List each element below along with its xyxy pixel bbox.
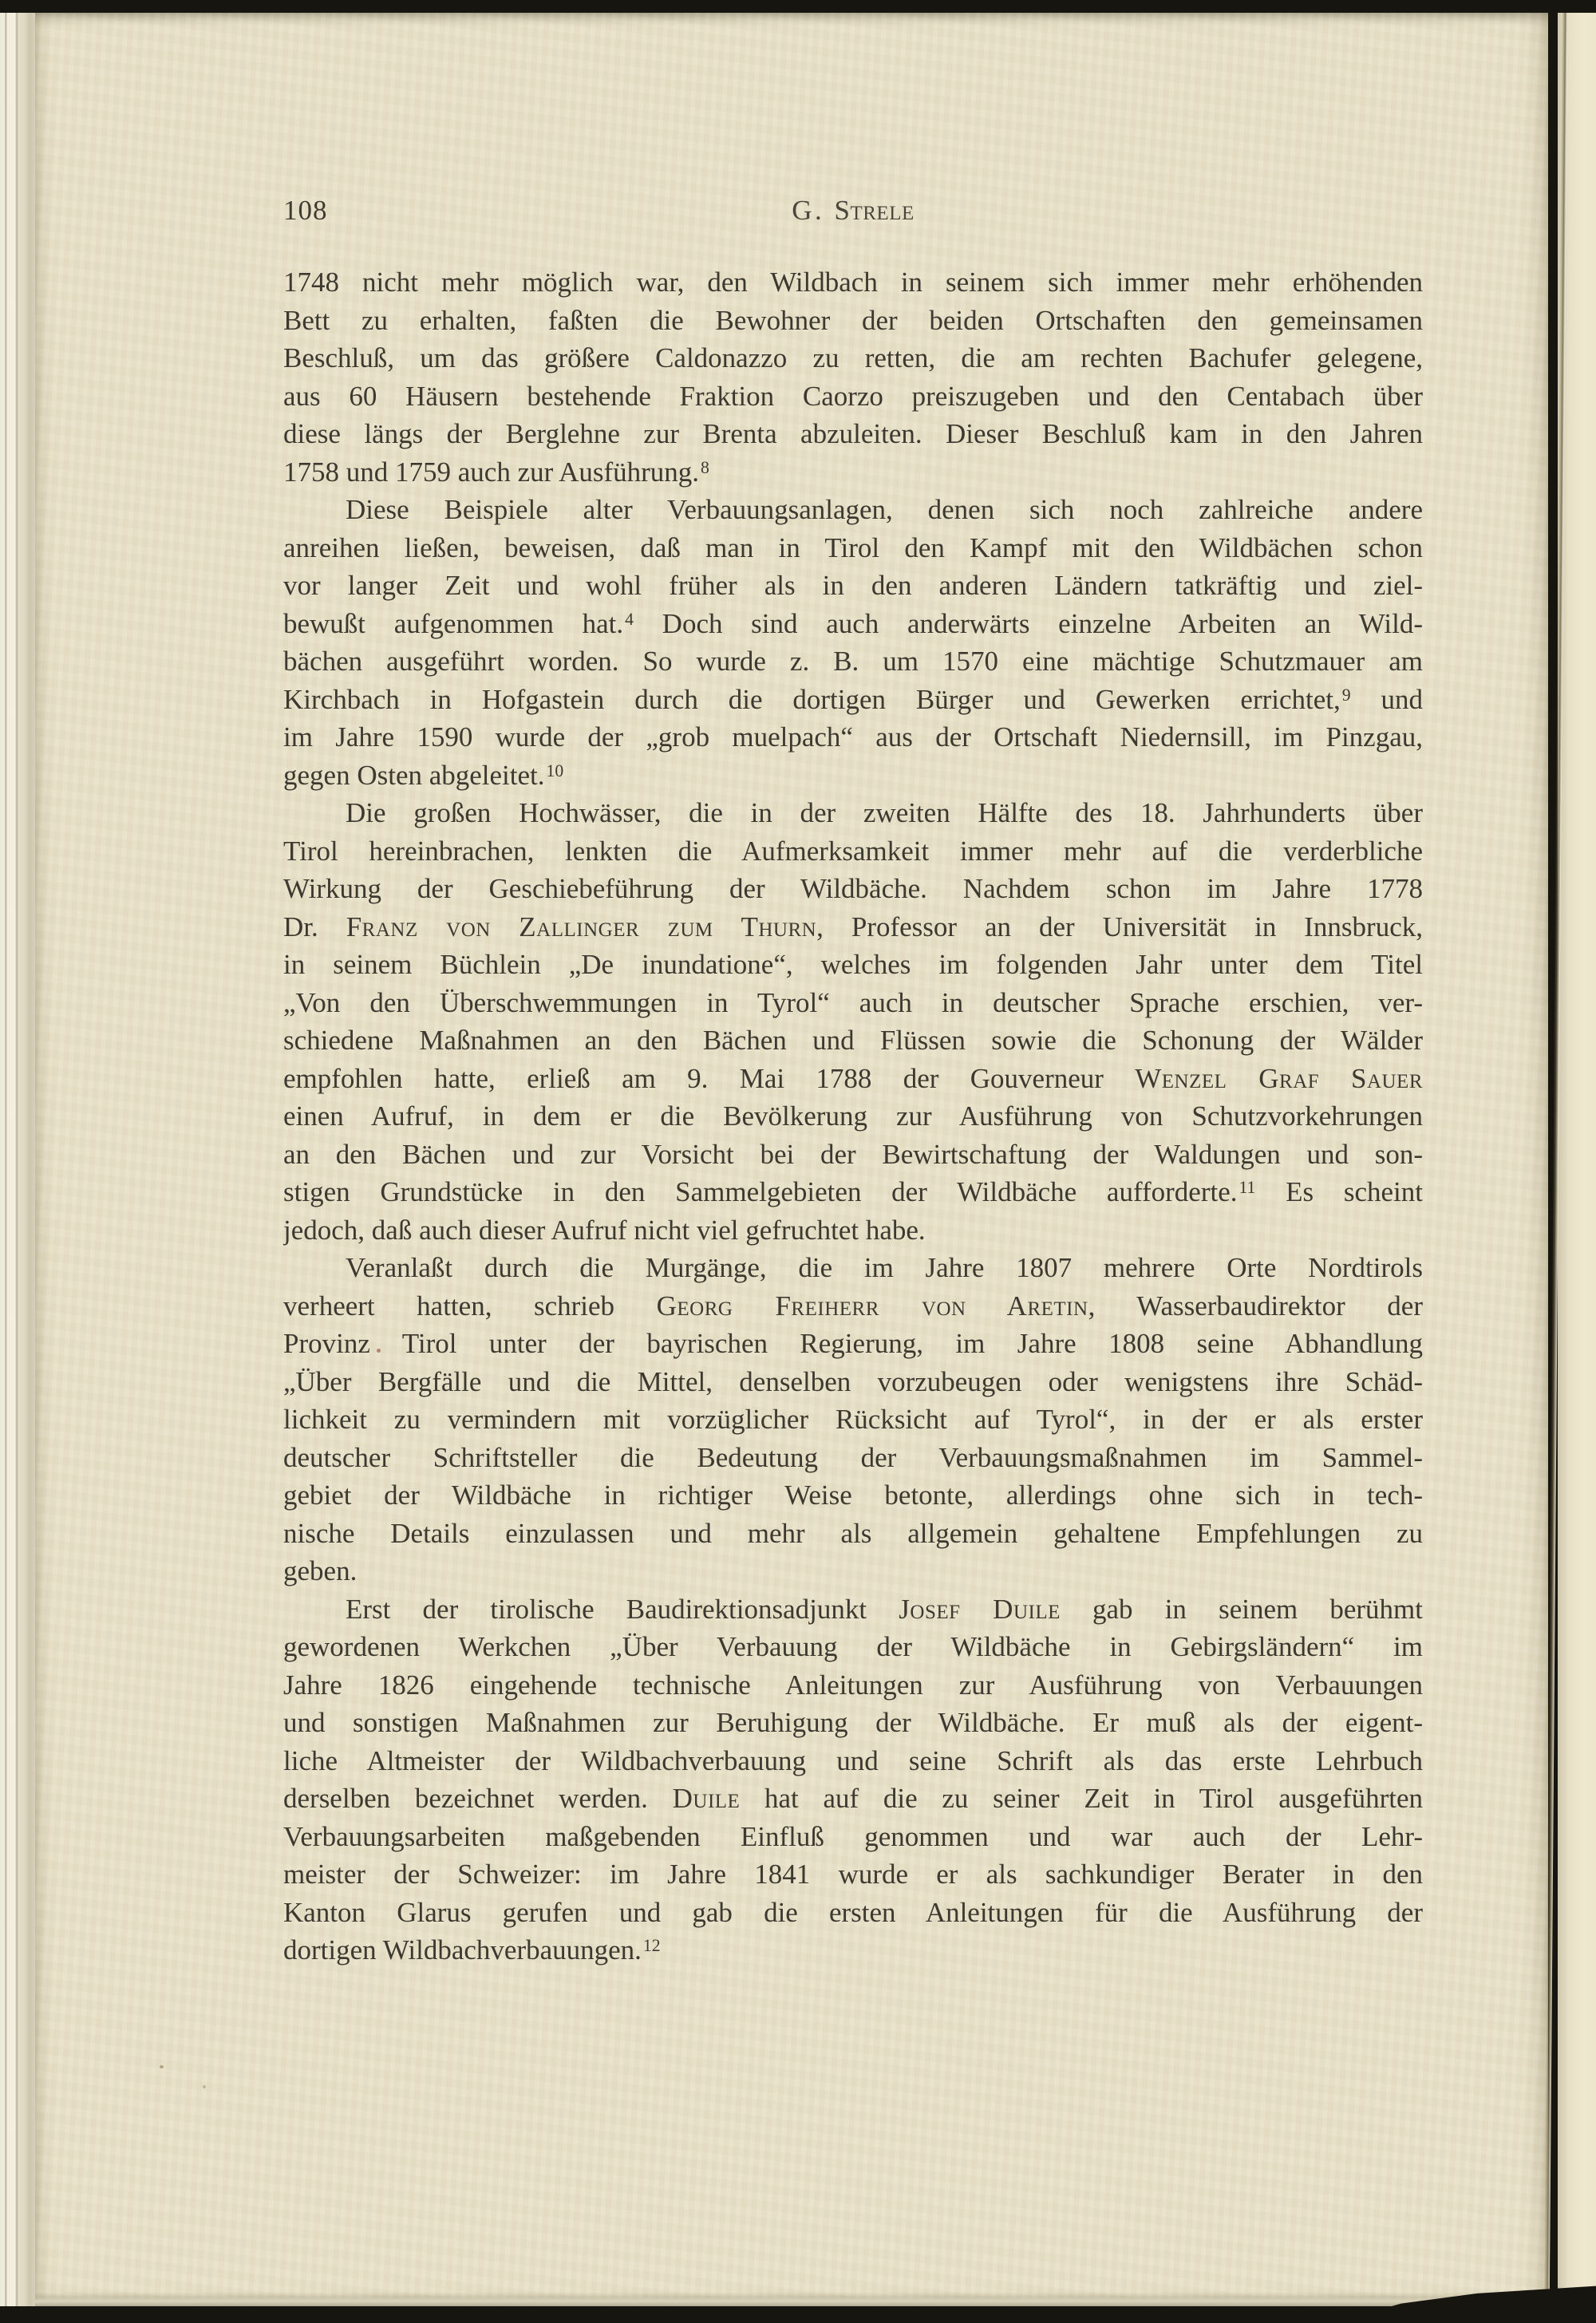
page-bottom-edge	[35, 2292, 1548, 2306]
small-caps-name: Duile	[673, 1783, 741, 1814]
text-line: Verbauungsarbeiten maßgebenden Einfluß g…	[283, 1818, 1423, 1856]
footnote-marker: 4	[625, 610, 634, 629]
footnote-marker: 12	[643, 1936, 661, 1955]
paragraph: Die großen Hochwässer, die in der zweite…	[283, 794, 1423, 1249]
text-line: aus 60 Häusern bestehende Fraktion Caorz…	[283, 377, 1423, 416]
text-line: dortigen Wildbachverbauungen.12	[283, 1931, 1423, 1969]
text-line: Veranlaßt durch die Murgänge, die im Jah…	[283, 1249, 1423, 1287]
text-block: 1748 nicht mehr möglich war, den Wildbac…	[283, 263, 1423, 1969]
text-line: gebiet der Wildbäche in richtiger Weise …	[283, 1476, 1423, 1515]
text-line: Kirchbach in Hofgastein durch die dortig…	[283, 681, 1423, 719]
text-line: an den Bächen und zur Vorsicht bei der B…	[283, 1136, 1423, 1174]
text-line: Diese Beispiele alter Verbauungsanlagen,…	[283, 491, 1423, 529]
dust-speck	[203, 2085, 206, 2088]
text-line: Die großen Hochwässer, die in der zweite…	[283, 794, 1423, 832]
footnote-marker: 9	[1342, 685, 1351, 705]
paragraph: Veranlaßt durch die Murgänge, die im Jah…	[283, 1249, 1423, 1590]
text-line: vor langer Zeit und wohl früher als in d…	[283, 567, 1423, 605]
text-line: und sonstigen Maßnahmen zur Beruhigung d…	[283, 1704, 1423, 1742]
text-line: gegen Osten abgeleitet.10	[283, 757, 1423, 795]
text-line: bewußt aufgenommen hat.4 Doch sind auch …	[283, 605, 1423, 643]
text-line: anreihen ließen, beweisen, daß man in Ti…	[283, 529, 1423, 567]
footnote-marker: 10	[547, 761, 564, 780]
text-line: liche Altmeister der Wildbachverbauung u…	[283, 1742, 1423, 1780]
text-line: bächen ausgeführt worden. So wurde z. B.…	[283, 642, 1423, 681]
text-line: Erst der tirolische Baudirektionsadjunkt…	[283, 1590, 1423, 1629]
text-line: Tirol hereinbrachen, lenkten die Aufmerk…	[283, 832, 1423, 871]
book-page: 108 G. Strele 1748 nicht mehr möglich wa…	[35, 13, 1548, 2306]
text-line: nische Details einzulassen und mehr als …	[283, 1515, 1423, 1553]
small-caps-name: Franz von Zallinger zum Thurn	[346, 911, 816, 942]
text-line: diese längs der Berglehne zur Brenta abz…	[283, 415, 1423, 453]
text-line: Jahre 1826 eingehende technische Anleitu…	[283, 1666, 1423, 1705]
page-stack-edges	[0, 13, 35, 2306]
small-caps-name: Georg Freiherr von Aretin	[657, 1290, 1088, 1322]
text-line: „Über Bergfälle und die Mittel, denselbe…	[283, 1363, 1423, 1401]
text-line: „Von den Überschwemmungen in Tyrol“ auch…	[283, 984, 1423, 1022]
text-line: stigen Grundstücke in den Sammelgebieten…	[283, 1173, 1423, 1211]
paragraph: Diese Beispiele alter Verbauungsanlagen,…	[283, 491, 1423, 794]
small-caps-name: Josef Duile	[899, 1594, 1061, 1625]
text-line: empfohlen hatte, erließ am 9. Mai 1788 d…	[283, 1060, 1423, 1098]
dust-speck	[377, 1349, 381, 1353]
text-line: in seinem Büchlein „De inundatione“, wel…	[283, 946, 1423, 984]
text-line: 1758 und 1759 auch zur Ausführung.8	[283, 453, 1423, 492]
text-line: Dr. Franz von Zallinger zum Thurn, Profe…	[283, 908, 1423, 946]
text-line: lichkeit zu vermindern mit vorzüglicher …	[283, 1401, 1423, 1439]
text-line: jedoch, daß auch dieser Aufruf nicht vie…	[283, 1211, 1423, 1250]
text-line: im Jahre 1590 wurde der „grob muelpach“ …	[283, 718, 1423, 757]
dust-speck	[160, 2065, 164, 2068]
footnote-marker: 8	[701, 458, 709, 477]
text-line: meister der Schweizer: im Jahre 1841 wur…	[283, 1855, 1423, 1894]
book-scan: 108 G. Strele 1748 nicht mehr möglich wa…	[0, 0, 1596, 2323]
text-line: einen Aufruf, in dem er die Bevölkerung …	[283, 1097, 1423, 1136]
text-line: Kanton Glarus gerufen und gab die ersten…	[283, 1894, 1423, 1932]
text-line: Beschluß, um das größere Caldonazzo zu r…	[283, 339, 1423, 377]
text-line: verheert hatten, schrieb Georg Freiherr …	[283, 1287, 1423, 1325]
text-line: deutscher Schriftsteller die Bedeutung d…	[283, 1439, 1423, 1477]
small-caps-name: Strele	[835, 195, 915, 226]
text-line: Bett zu erhalten, faßten die Bewohner de…	[283, 302, 1423, 340]
text-line: derselben bezeichnet werden. Duile hat a…	[283, 1780, 1423, 1818]
text-line: schiedene Maßnahmen an den Bächen und Fl…	[283, 1021, 1423, 1060]
text-line: geben.	[283, 1552, 1423, 1590]
running-header: G. Strele	[283, 195, 1423, 227]
small-caps-name: Wenzel Graf Sauer	[1135, 1063, 1423, 1094]
paragraph: 1748 nicht mehr möglich war, den Wildbac…	[283, 263, 1423, 491]
footnote-marker: 11	[1238, 1178, 1255, 1197]
text-line: gewordenen Werkchen „Über Verbauung der …	[283, 1628, 1423, 1666]
text-line: Provinz Tirol unter der bayrischen Regie…	[283, 1325, 1423, 1363]
text-line: 1748 nicht mehr möglich war, den Wildbac…	[283, 263, 1423, 302]
text-line: Wirkung der Geschiebeführung der Wildbäc…	[283, 870, 1423, 908]
paragraph: Erst der tirolische Baudirektionsadjunkt…	[283, 1590, 1423, 1969]
